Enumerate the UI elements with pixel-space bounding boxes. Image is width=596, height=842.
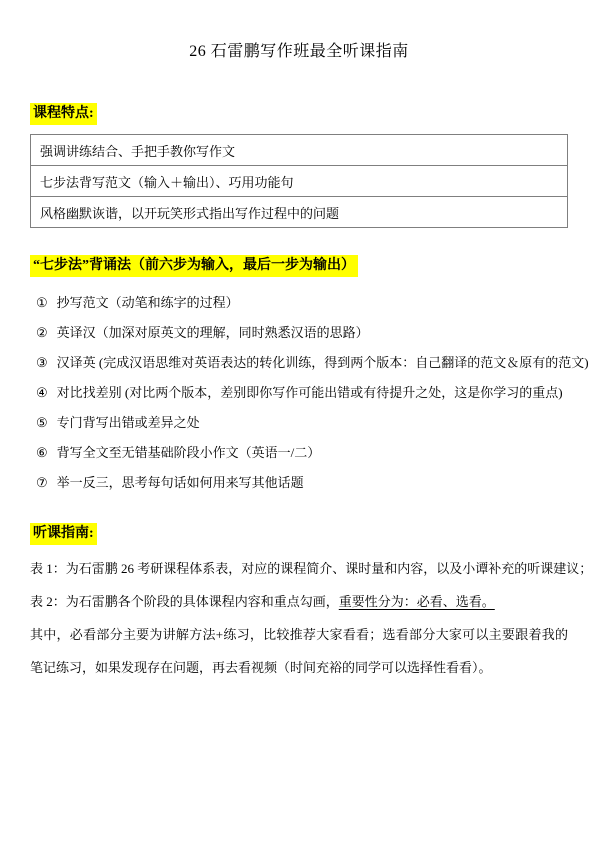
- step-number: ③: [36, 355, 48, 370]
- course-features-heading: 课程特点:: [30, 103, 97, 125]
- step-text: 举一反三，思考每句话如何用来写其他话题: [57, 475, 304, 490]
- list-item: ⑥背写全文至无错基础阶段小作文（英语一/二）: [30, 438, 568, 468]
- listening-guide-body: 表 1：为石雷鹏 26 考研课程体系表，对应的课程简介、课时量和内容，以及小谭补…: [30, 552, 568, 684]
- guide-table2-prefix: 表 2：为石雷鹏各个阶段的具体课程内容和重点勾画，: [30, 594, 339, 609]
- table-row: 强调讲练结合、手把手教你写作文: [31, 135, 568, 166]
- list-item: ③汉译英 (完成汉语思维对英语表达的转化训练，得到两个版本：自己翻译的范文＆原有…: [30, 348, 568, 378]
- feature-cell: 强调讲练结合、手把手教你写作文: [31, 135, 568, 166]
- step-text: 背写全文至无错基础阶段小作文（英语一/二）: [57, 445, 321, 460]
- step-number: ⑦: [36, 475, 48, 490]
- feature-cell: 七步法背写范文（输入＋输出）、巧用功能句: [31, 166, 568, 197]
- step-text: 汉译英 (完成汉语思维对英语表达的转化训练，得到两个版本：自己翻译的范文＆原有的…: [57, 355, 589, 370]
- step-number: ④: [36, 385, 48, 400]
- guide-paragraph: 其中，必看部分主要为讲解方法+练习，比较推荐大家看看；选看部分大家可以主要跟着我…: [30, 618, 568, 684]
- section-listening-guide: 听课指南: 表 1：为石雷鹏 26 考研课程体系表，对应的课程简介、课时量和内容…: [30, 523, 568, 684]
- step-number: ①: [36, 295, 48, 310]
- guide-table1-line: 表 1：为石雷鹏 26 考研课程体系表，对应的课程简介、课时量和内容，以及小谭补…: [30, 552, 568, 585]
- step-text: 抄写范文（动笔和练字的过程）: [57, 295, 239, 310]
- seven-steps-heading: “七步法”背诵法（前六步为输入，最后一步为输出）: [30, 255, 358, 277]
- features-table: 强调讲练结合、手把手教你写作文 七步法背写范文（输入＋输出）、巧用功能句 风格幽…: [30, 134, 568, 228]
- guide-table2-underlined: 重要性分为：必看、选看。: [339, 594, 495, 609]
- guide-table2-line: 表 2：为石雷鹏各个阶段的具体课程内容和重点勾画，重要性分为：必看、选看。: [30, 585, 568, 618]
- table-row: 风格幽默诙谐，以开玩笑形式指出写作过程中的问题: [31, 197, 568, 228]
- step-number: ⑤: [36, 415, 48, 430]
- document-page: 26 石雷鹏写作班最全听课指南 课程特点: 强调讲练结合、手把手教你写作文 七步…: [0, 0, 596, 842]
- section-course-features: 课程特点: 强调讲练结合、手把手教你写作文 七步法背写范文（输入＋输出）、巧用功…: [30, 103, 568, 228]
- feature-cell: 风格幽默诙谐，以开玩笑形式指出写作过程中的问题: [31, 197, 568, 228]
- step-text: 英译汉（加深对原英文的理解，同时熟悉汉语的思路）: [57, 325, 369, 340]
- page-title: 26 石雷鹏写作班最全听课指南: [30, 38, 568, 61]
- list-item: ①抄写范文（动笔和练字的过程）: [30, 288, 568, 318]
- step-text: 专门背写出错或差异之处: [57, 415, 200, 430]
- listening-guide-heading: 听课指南:: [30, 523, 97, 545]
- step-number: ⑥: [36, 445, 48, 460]
- list-item: ⑤专门背写出错或差异之处: [30, 408, 568, 438]
- list-item: ④对比找差别 (对比两个版本，差别即你写作可能出错或有待提升之处，这是你学习的重…: [30, 378, 568, 408]
- list-item: ②英译汉（加深对原英文的理解，同时熟悉汉语的思路）: [30, 318, 568, 348]
- table-row: 七步法背写范文（输入＋输出）、巧用功能句: [31, 166, 568, 197]
- step-number: ②: [36, 325, 48, 340]
- seven-steps-list: ①抄写范文（动笔和练字的过程） ②英译汉（加深对原英文的理解，同时熟悉汉语的思路…: [30, 288, 568, 498]
- step-text: 对比找差别 (对比两个版本，差别即你写作可能出错或有待提升之处，这是你学习的重点…: [57, 385, 563, 400]
- section-seven-steps: “七步法”背诵法（前六步为输入，最后一步为输出） ①抄写范文（动笔和练字的过程）…: [30, 255, 568, 498]
- list-item: ⑦举一反三，思考每句话如何用来写其他话题: [30, 468, 568, 498]
